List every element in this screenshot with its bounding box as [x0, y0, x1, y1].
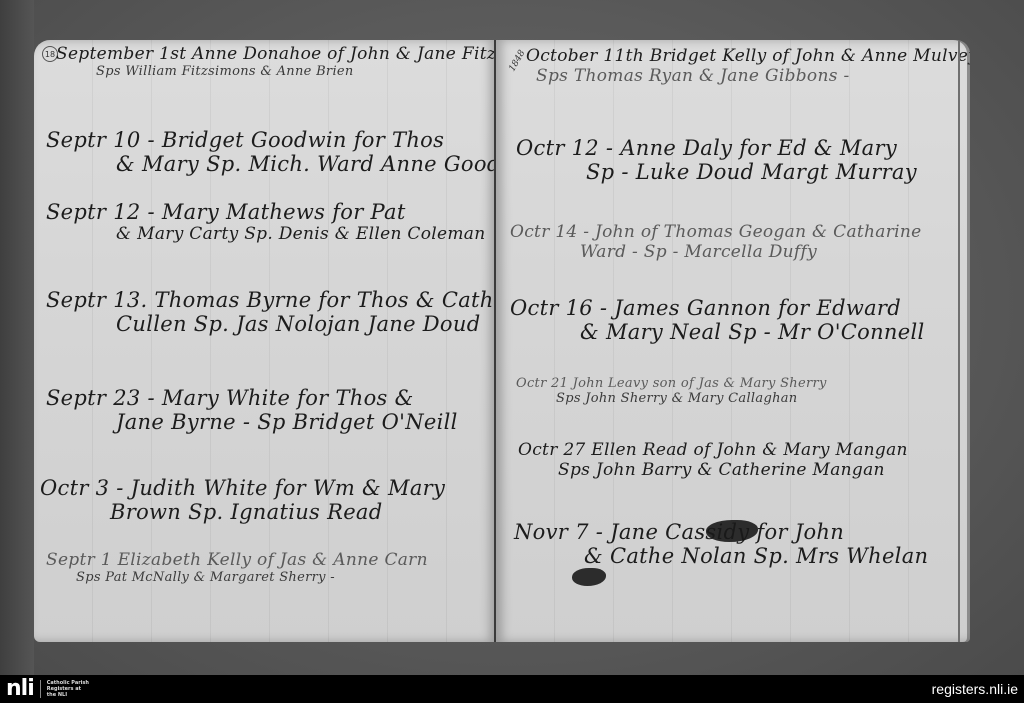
register-entry: Octr 14 - John of Thomas Geogan & Cathar…: [510, 222, 922, 262]
register-entry: September 1st Anne Donahoe of John & Jan…: [56, 44, 496, 79]
year-annotation: 1848: [507, 49, 527, 74]
register-entry: Septr 1 Elizabeth Kelly of Jas & Anne Ca…: [46, 550, 428, 585]
entry-line: Cullen Sp. Jas Nolojan Jane Doud: [46, 312, 496, 336]
entry-line: & Mary Carty Sp. Denis & Ellen Coleman: [46, 224, 485, 244]
entry-line: Jane Byrne - Sp Bridget O'Neill: [46, 410, 458, 434]
site-link[interactable]: registers.nli.ie: [932, 681, 1018, 697]
entry-line: October 11th Bridget Kelly of John & Ann…: [526, 46, 970, 66]
entry-line: & Mary Sp. Mich. Ward Anne Goodwin: [46, 152, 496, 176]
entry-line: Sps Thomas Ryan & Jane Gibbons -: [526, 66, 970, 86]
brand-text: Catholic Parish Registers at the NLI: [47, 680, 89, 698]
entry-line: Septr 13. Thomas Byrne for Thos & Cathe: [46, 288, 496, 312]
brand-divider: [40, 680, 41, 698]
entry-line: Brown Sp. Ignatius Read: [40, 500, 445, 524]
register-entry: Septr 10 - Bridget Goodwin for Thos & Ma…: [46, 128, 496, 176]
entry-line: Octr 3 - Judith White for Wm & Mary: [40, 476, 445, 500]
register-entry: Octr 3 - Judith White for Wm & Mary Brow…: [40, 476, 445, 524]
register-entry: Septr 12 - Mary Mathews for Pat & Mary C…: [46, 200, 485, 244]
entry-line: Octr 16 - James Gannon for Edward: [510, 296, 924, 320]
register-entry: October 11th Bridget Kelly of John & Ann…: [526, 46, 970, 86]
entry-line: Octr 27 Ellen Read of John & Mary Mangan: [518, 440, 908, 460]
footer-bar: nli Catholic Parish Registers at the NLI…: [0, 675, 1024, 703]
entry-line: Sps Pat McNally & Margaret Sherry -: [46, 570, 428, 585]
nli-logo-icon: nli: [6, 678, 34, 700]
register-entry: Octr 12 - Anne Daly for Ed & Mary Sp - L…: [516, 136, 917, 184]
entry-line: Septr 10 - Bridget Goodwin for Thos: [46, 128, 496, 152]
right-page: 1848 October 11th Bridget Kelly of John …: [496, 40, 970, 642]
register-entry: Septr 23 - Mary White for Thos & Jane By…: [46, 386, 458, 434]
register-entry: Octr 21 John Leavy son of Jas & Mary She…: [516, 376, 827, 406]
register-entry: Septr 13. Thomas Byrne for Thos & Cathe …: [46, 288, 496, 336]
ink-blot: [572, 568, 606, 586]
entry-line: Septr 12 - Mary Mathews for Pat: [46, 200, 485, 224]
entry-line: Sps John Sherry & Mary Callaghan: [516, 391, 827, 406]
register-entry: Octr 16 - James Gannon for Edward & Mary…: [510, 296, 924, 344]
nli-brand[interactable]: nli Catholic Parish Registers at the NLI: [6, 678, 89, 700]
entry-line: Septr 23 - Mary White for Thos &: [46, 386, 458, 410]
left-page: 18 September 1st Anne Donahoe of John & …: [34, 40, 496, 642]
entry-line: Sps John Barry & Catherine Mangan: [518, 460, 908, 480]
brand-line: the NLI: [47, 692, 89, 698]
entry-line: Sp - Luke Doud Margt Murray: [516, 160, 917, 184]
entry-line: & Cathe Nolan Sp. Mrs Whelan: [514, 544, 928, 568]
entry-line: September 1st Anne Donahoe of John & Jan…: [56, 44, 496, 64]
register-image-viewer[interactable]: 18 September 1st Anne Donahoe of John & …: [0, 0, 1024, 675]
entry-line: Octr 21 John Leavy son of Jas & Mary She…: [516, 376, 827, 391]
entry-line: Ward - Sp - Marcella Duffy: [510, 242, 922, 262]
entry-line: Sps William Fitzsimons & Anne Brien: [56, 64, 496, 79]
entry-line: Octr 14 - John of Thomas Geogan & Cathar…: [510, 222, 922, 242]
entry-line: Septr 1 Elizabeth Kelly of Jas & Anne Ca…: [46, 550, 428, 570]
register-book-spread: 18 September 1st Anne Donahoe of John & …: [28, 40, 978, 642]
register-entry: Octr 27 Ellen Read of John & Mary Mangan…: [518, 440, 908, 480]
entry-line: Octr 12 - Anne Daly for Ed & Mary: [516, 136, 917, 160]
entry-line: & Mary Neal Sp - Mr O'Connell: [510, 320, 924, 344]
